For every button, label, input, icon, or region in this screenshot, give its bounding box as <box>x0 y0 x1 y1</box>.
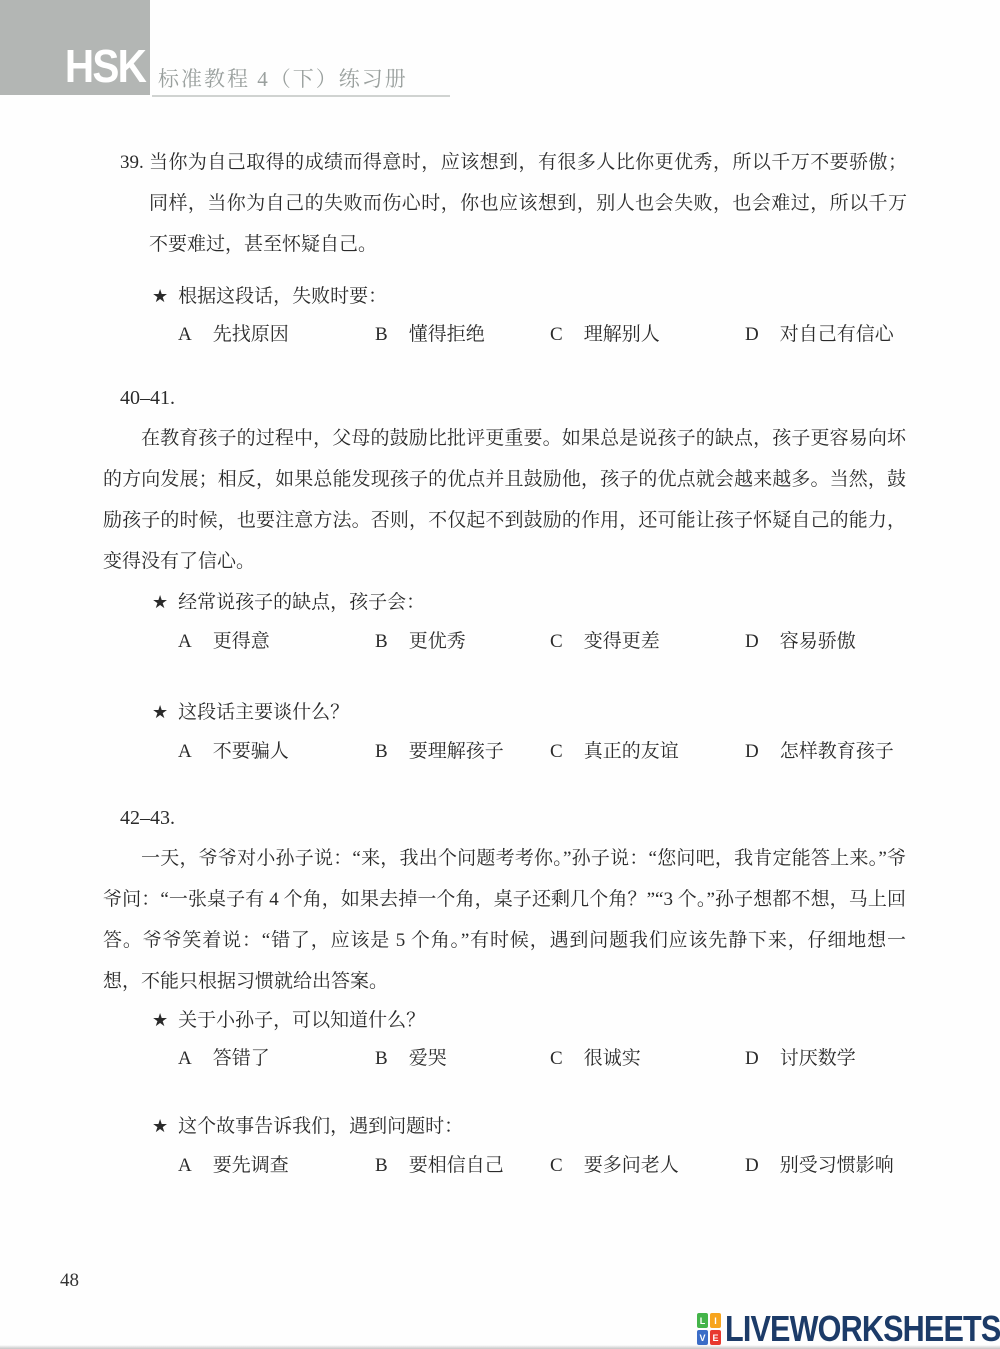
question-42-options: A 答错了 B 爱哭 C 很诚实 D 讨厌数学 <box>178 1038 905 1079</box>
option-text: 不要骗人 <box>213 731 289 772</box>
tile-e: E <box>710 1330 721 1345</box>
option-letter: A <box>178 1145 192 1186</box>
question-43-prompt: ★ 这个故事告诉我们，遇到问题时： <box>152 1106 463 1147</box>
option-letter: B <box>375 1145 388 1186</box>
star-icon: ★ <box>152 692 168 733</box>
option-letter: D <box>745 731 759 772</box>
section-42-43-label: 42–43. <box>120 798 175 839</box>
option-text: 对自己有信心 <box>780 314 894 355</box>
option-letter: C <box>550 1145 563 1186</box>
option-c[interactable]: C 变得更差 <box>550 621 745 662</box>
option-letter: D <box>745 314 759 355</box>
liveworksheets-tiles-icon: L I V E <box>697 1313 721 1345</box>
option-text: 更得意 <box>213 621 270 662</box>
option-text: 变得更差 <box>584 621 660 662</box>
prompt-text: 这个故事告诉我们，遇到问题时： <box>178 1106 463 1147</box>
star-icon: ★ <box>152 276 168 317</box>
star-icon: ★ <box>152 582 168 623</box>
option-text: 怎样教育孩子 <box>780 731 894 772</box>
option-letter: B <box>375 1038 388 1079</box>
option-text: 别受习惯影响 <box>780 1145 894 1186</box>
option-text: 要相信自己 <box>409 1145 504 1186</box>
option-text: 先找原因 <box>213 314 289 355</box>
option-a[interactable]: A 答错了 <box>178 1038 375 1079</box>
option-d[interactable]: D 怎样教育孩子 <box>745 731 905 772</box>
question-43-options: A 要先调查 B 要相信自己 C 要多问老人 D 别受习惯影响 <box>178 1145 905 1186</box>
prompt-text: 经常说孩子的缺点，孩子会： <box>178 582 425 623</box>
question-41-options: A 不要骗人 B 要理解孩子 C 真正的友谊 D 怎样教育孩子 <box>178 731 905 772</box>
option-text: 容易骄傲 <box>780 621 856 662</box>
section-42-43-passage: 一天，爷爷对小孙子说：“来，我出个问题考考你。”孙子说：“您问吧，我肯定能答上来… <box>103 838 906 1002</box>
option-letter: C <box>550 621 563 662</box>
section-40-41-passage: 在教育孩子的过程中，父母的鼓励比批评更重要。如果总是说孩子的缺点，孩子更容易向坏… <box>103 418 906 582</box>
option-text: 很诚实 <box>584 1038 641 1079</box>
tile-v: V <box>697 1330 708 1345</box>
question-39-prompt: ★ 根据这段话，失败时要： <box>152 276 387 317</box>
question-41-prompt: ★ 这段话主要谈什么？ <box>152 692 349 733</box>
option-letter: B <box>375 621 388 662</box>
option-b[interactable]: B 更优秀 <box>375 621 550 662</box>
prompt-text: 这段话主要谈什么？ <box>178 692 349 733</box>
option-a[interactable]: A 更得意 <box>178 621 375 662</box>
option-text: 理解别人 <box>584 314 660 355</box>
option-letter: C <box>550 731 563 772</box>
option-text: 要多问老人 <box>584 1145 679 1186</box>
option-d[interactable]: D 对自己有信心 <box>745 314 905 355</box>
option-letter: A <box>178 1038 192 1079</box>
workbook-page: HSK 标准教程 4（下）练习册 39. 当你为自己取得的成绩而得意时，应该想到… <box>0 0 1000 1349</box>
option-letter: C <box>550 1038 563 1079</box>
option-b[interactable]: B 要相信自己 <box>375 1145 550 1186</box>
option-letter: A <box>178 621 192 662</box>
section-40-41-label: 40–41. <box>120 378 175 419</box>
option-b[interactable]: B 爱哭 <box>375 1038 550 1079</box>
option-letter: C <box>550 314 563 355</box>
option-text: 爱哭 <box>409 1038 447 1079</box>
option-c[interactable]: C 理解别人 <box>550 314 745 355</box>
option-letter: A <box>178 314 192 355</box>
option-text: 真正的友谊 <box>584 731 679 772</box>
star-icon: ★ <box>152 1000 168 1041</box>
question-42-prompt: ★ 关于小孙子，可以知道什么？ <box>152 1000 425 1041</box>
book-subtitle: 标准教程 4（下）练习册 <box>158 63 408 93</box>
option-d[interactable]: D 容易骄傲 <box>745 621 905 662</box>
option-letter: D <box>745 1145 759 1186</box>
page-number: 48 <box>60 1270 79 1292</box>
option-c[interactable]: C 真正的友谊 <box>550 731 745 772</box>
tile-l: L <box>697 1313 708 1328</box>
option-letter: B <box>375 314 388 355</box>
option-text: 答错了 <box>213 1038 270 1079</box>
question-40-prompt: ★ 经常说孩子的缺点，孩子会： <box>152 582 425 623</box>
liveworksheets-logo[interactable]: L I V E LIVEWORKSHEETS <box>697 1311 1000 1347</box>
option-c[interactable]: C 很诚实 <box>550 1038 745 1079</box>
header-rule <box>152 95 450 97</box>
option-a[interactable]: A 要先调查 <box>178 1145 375 1186</box>
star-icon: ★ <box>152 1106 168 1147</box>
option-letter: A <box>178 731 192 772</box>
option-text: 懂得拒绝 <box>409 314 485 355</box>
option-a[interactable]: A 先找原因 <box>178 314 375 355</box>
option-letter: D <box>745 1038 759 1079</box>
option-text: 要先调查 <box>213 1145 289 1186</box>
prompt-text: 关于小孙子，可以知道什么？ <box>178 1000 425 1041</box>
prompt-text: 根据这段话，失败时要： <box>178 276 387 317</box>
option-b[interactable]: B 懂得拒绝 <box>375 314 550 355</box>
option-c[interactable]: C 要多问老人 <box>550 1145 745 1186</box>
question-39-options: A 先找原因 B 懂得拒绝 C 理解别人 D 对自己有信心 <box>178 314 905 355</box>
option-b[interactable]: B 要理解孩子 <box>375 731 550 772</box>
scan-edge <box>0 1345 1000 1349</box>
hsk-logo-text: HSK <box>65 39 145 93</box>
option-letter: D <box>745 621 759 662</box>
option-text: 要理解孩子 <box>409 731 504 772</box>
question-40-options: A 更得意 B 更优秀 C 变得更差 D 容易骄傲 <box>178 621 905 662</box>
hsk-logo-block: HSK <box>0 0 150 95</box>
option-d[interactable]: D 别受习惯影响 <box>745 1145 905 1186</box>
option-text: 讨厌数学 <box>780 1038 856 1079</box>
passage-text: 当你为自己取得的成绩而得意时，应该想到，有很多人比你更优秀，所以千万不要骄傲；同… <box>149 142 907 265</box>
question-39-passage: 39. 当你为自己取得的成绩而得意时，应该想到，有很多人比你更优秀，所以千万不要… <box>120 142 907 265</box>
option-text: 更优秀 <box>409 621 466 662</box>
liveworksheets-wordmark: LIVEWORKSHEETS <box>725 1308 1000 1349</box>
question-number: 39. <box>120 142 149 265</box>
tile-i: I <box>710 1313 721 1328</box>
option-d[interactable]: D 讨厌数学 <box>745 1038 905 1079</box>
option-letter: B <box>375 731 388 772</box>
option-a[interactable]: A 不要骗人 <box>178 731 375 772</box>
